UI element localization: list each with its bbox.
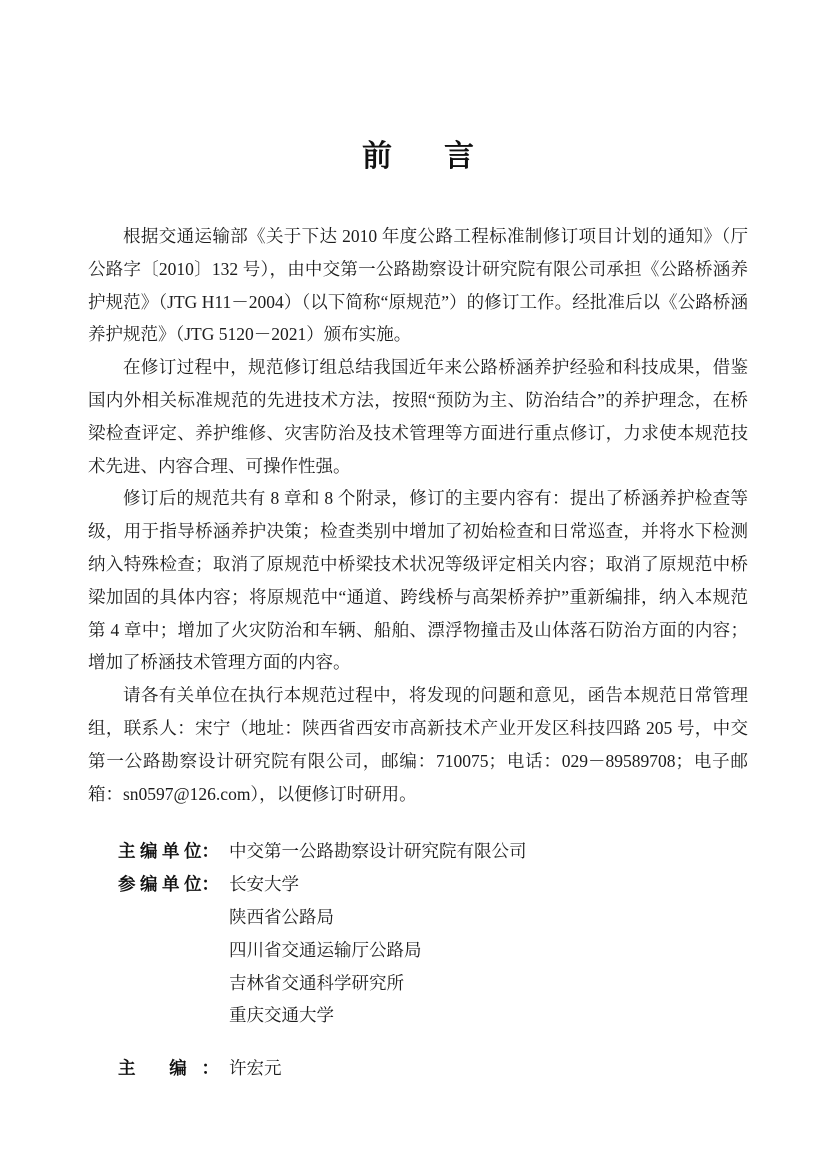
participating-units-label: 参 编 单 位： [118, 868, 219, 901]
chief-unit-row: 主 编 单 位： 中交第一公路勘察设计研究院有限公司 [88, 835, 748, 868]
document-body: 根据交通运输部《关于下达 2010 年度公路工程标准制修订项目计划的通知》（厅公… [88, 220, 748, 810]
participating-unit-continuation-row: 重庆交通大学 [88, 999, 748, 1032]
participating-units-row: 参 编 单 位： 长安大学 [88, 868, 748, 901]
paragraph-feedback-contact: 请各有关单位在执行本规范过程中，将发现的问题和意见，函告本规范日常管理组，联系人… [88, 679, 748, 810]
page-title: 前 言 [88, 139, 748, 175]
chief-editor-label: 主 编： [118, 1052, 219, 1085]
chief-editor-value: 许宏元 [229, 1052, 748, 1085]
participating-unit-item: 长安大学 [229, 868, 748, 901]
chief-unit-label: 主 编 单 位： [118, 835, 219, 868]
participating-unit-item: 重庆交通大学 [229, 999, 748, 1032]
participating-unit-continuation-row: 吉林省交通科学研究所 [88, 967, 748, 1000]
editors-section: 主 编 单 位： 中交第一公路勘察设计研究院有限公司 参 编 单 位： 长安大学… [88, 835, 748, 1085]
chief-editor-row: 主 编： 许宏元 [88, 1052, 748, 1085]
paragraph-revision-process: 在修订过程中，规范修订组总结我国近年来公路桥涵养护经验和科技成果，借鉴国内外相关… [88, 351, 748, 482]
participating-unit-continuation-row: 四川省交通运输厅公路局 [88, 934, 748, 967]
participating-unit-item: 陕西省公路局 [229, 901, 748, 934]
paragraph-main-contents: 修订后的规范共有 8 章和 8 个附录，修订的主要内容有：提出了桥涵养护检查等级… [88, 482, 748, 679]
paragraph-basis: 根据交通运输部《关于下达 2010 年度公路工程标准制修订项目计划的通知》（厅公… [88, 220, 748, 351]
participating-unit-item: 四川省交通运输厅公路局 [229, 934, 748, 967]
chief-unit-value: 中交第一公路勘察设计研究院有限公司 [229, 835, 748, 868]
participating-unit-item: 吉林省交通科学研究所 [229, 967, 748, 1000]
document-page: 前 言 根据交通运输部《关于下达 2010 年度公路工程标准制修订项目计划的通知… [0, 0, 826, 1169]
participating-unit-continuation-row: 陕西省公路局 [88, 901, 748, 934]
